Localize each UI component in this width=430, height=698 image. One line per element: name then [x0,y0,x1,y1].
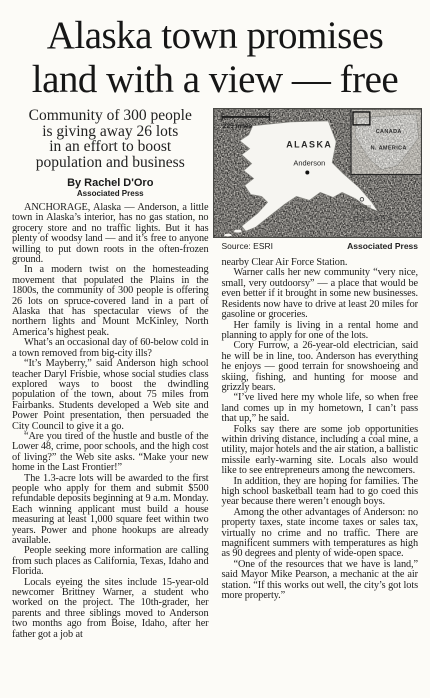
anderson-marker [305,171,309,175]
headline-line2: land with a view — free [4,58,426,102]
headline: Alaska town promises land with a view — … [4,14,426,102]
article-columns: Community of 300 people is giving away 2… [0,106,430,640]
article-paragraph: “I’ve lived here my whole life, so when … [222,393,419,424]
article-paragraph: Folks say there are some job opportuniti… [222,425,419,477]
inset-namerica-label: N. AMERICA [370,146,406,152]
scale-label: 225 miles [222,123,251,130]
article-paragraph: Cory Furrow, a 26-year-old electrician, … [222,341,419,393]
deck-line: in an effort to boost [14,139,207,155]
juneau-label: Juneau [351,204,370,210]
alaska-label: ALASKA [286,140,332,150]
article-paragraph: The 1.3-acre lots will be awarded to the… [12,474,209,547]
article-paragraph: In a modern twist on the homesteading mo… [12,265,209,338]
article-paragraph: What’s an occasional day of 60-below col… [12,338,209,359]
article-body-left: ANCHORAGE, Alaska — Anderson, a little t… [12,203,209,640]
byline: By Rachel D'Oro Associated Press [12,177,209,198]
map-source: Source: ESRI [222,241,274,251]
aleutian-island [223,234,231,237]
left-column: Community of 300 people is giving away 2… [12,106,209,640]
article-paragraph: Her family is living in a rental home an… [222,321,419,342]
article-paragraph: Among the other advantages of Anderson: … [222,508,419,560]
inset-grain-texture [351,109,421,175]
article-paragraph: “It’s Mayberry,” said Anderson high scho… [12,359,209,432]
deck-line: is giving away 26 lots [14,124,207,140]
canada-label: CANADA [353,216,394,223]
deck-line: population and business [14,155,207,171]
article-paragraph: Locals eyeing the sites include 15-year-… [12,578,209,640]
deck-line: Community of 300 people [14,108,207,124]
article-paragraph: Warner calls her new community “very nic… [222,268,419,320]
headline-line1: Alaska town promises [4,14,426,58]
article-body-right: nearby Clear Air Force Station. Warner c… [222,258,419,601]
deck-subtitle: Community of 300 people is giving away 2… [14,108,207,170]
byline-agency: Associated Press [12,189,209,198]
byline-author: By Rachel D'Oro [12,177,209,189]
alaska-locator-map: 225 miles ALASKA Anderson CANADA Juneau … [213,108,423,238]
article-paragraph: In addition, they are hoping for familie… [222,477,419,508]
map-credit-row: Source: ESRI Associated Press [222,241,419,251]
article-paragraph: “One of the resources that we have is la… [222,560,419,602]
article-paragraph: People seeking more information are call… [12,546,209,577]
anderson-label: Anderson [293,159,325,168]
locator-map-figure: 225 miles ALASKA Anderson CANADA Juneau … [213,108,423,238]
article-paragraph: ANCHORAGE, Alaska — Anderson, a little t… [12,203,209,265]
right-column: 225 miles ALASKA Anderson CANADA Juneau … [222,106,419,640]
inset-canada-label: CANADA [375,129,401,135]
article-paragraph: “Are you tired of the hustle and bustle … [12,432,209,474]
aleutian-island [233,230,241,233]
newspaper-page: Alaska town promises land with a view — … [0,0,430,698]
map-credit: Associated Press [347,241,418,251]
